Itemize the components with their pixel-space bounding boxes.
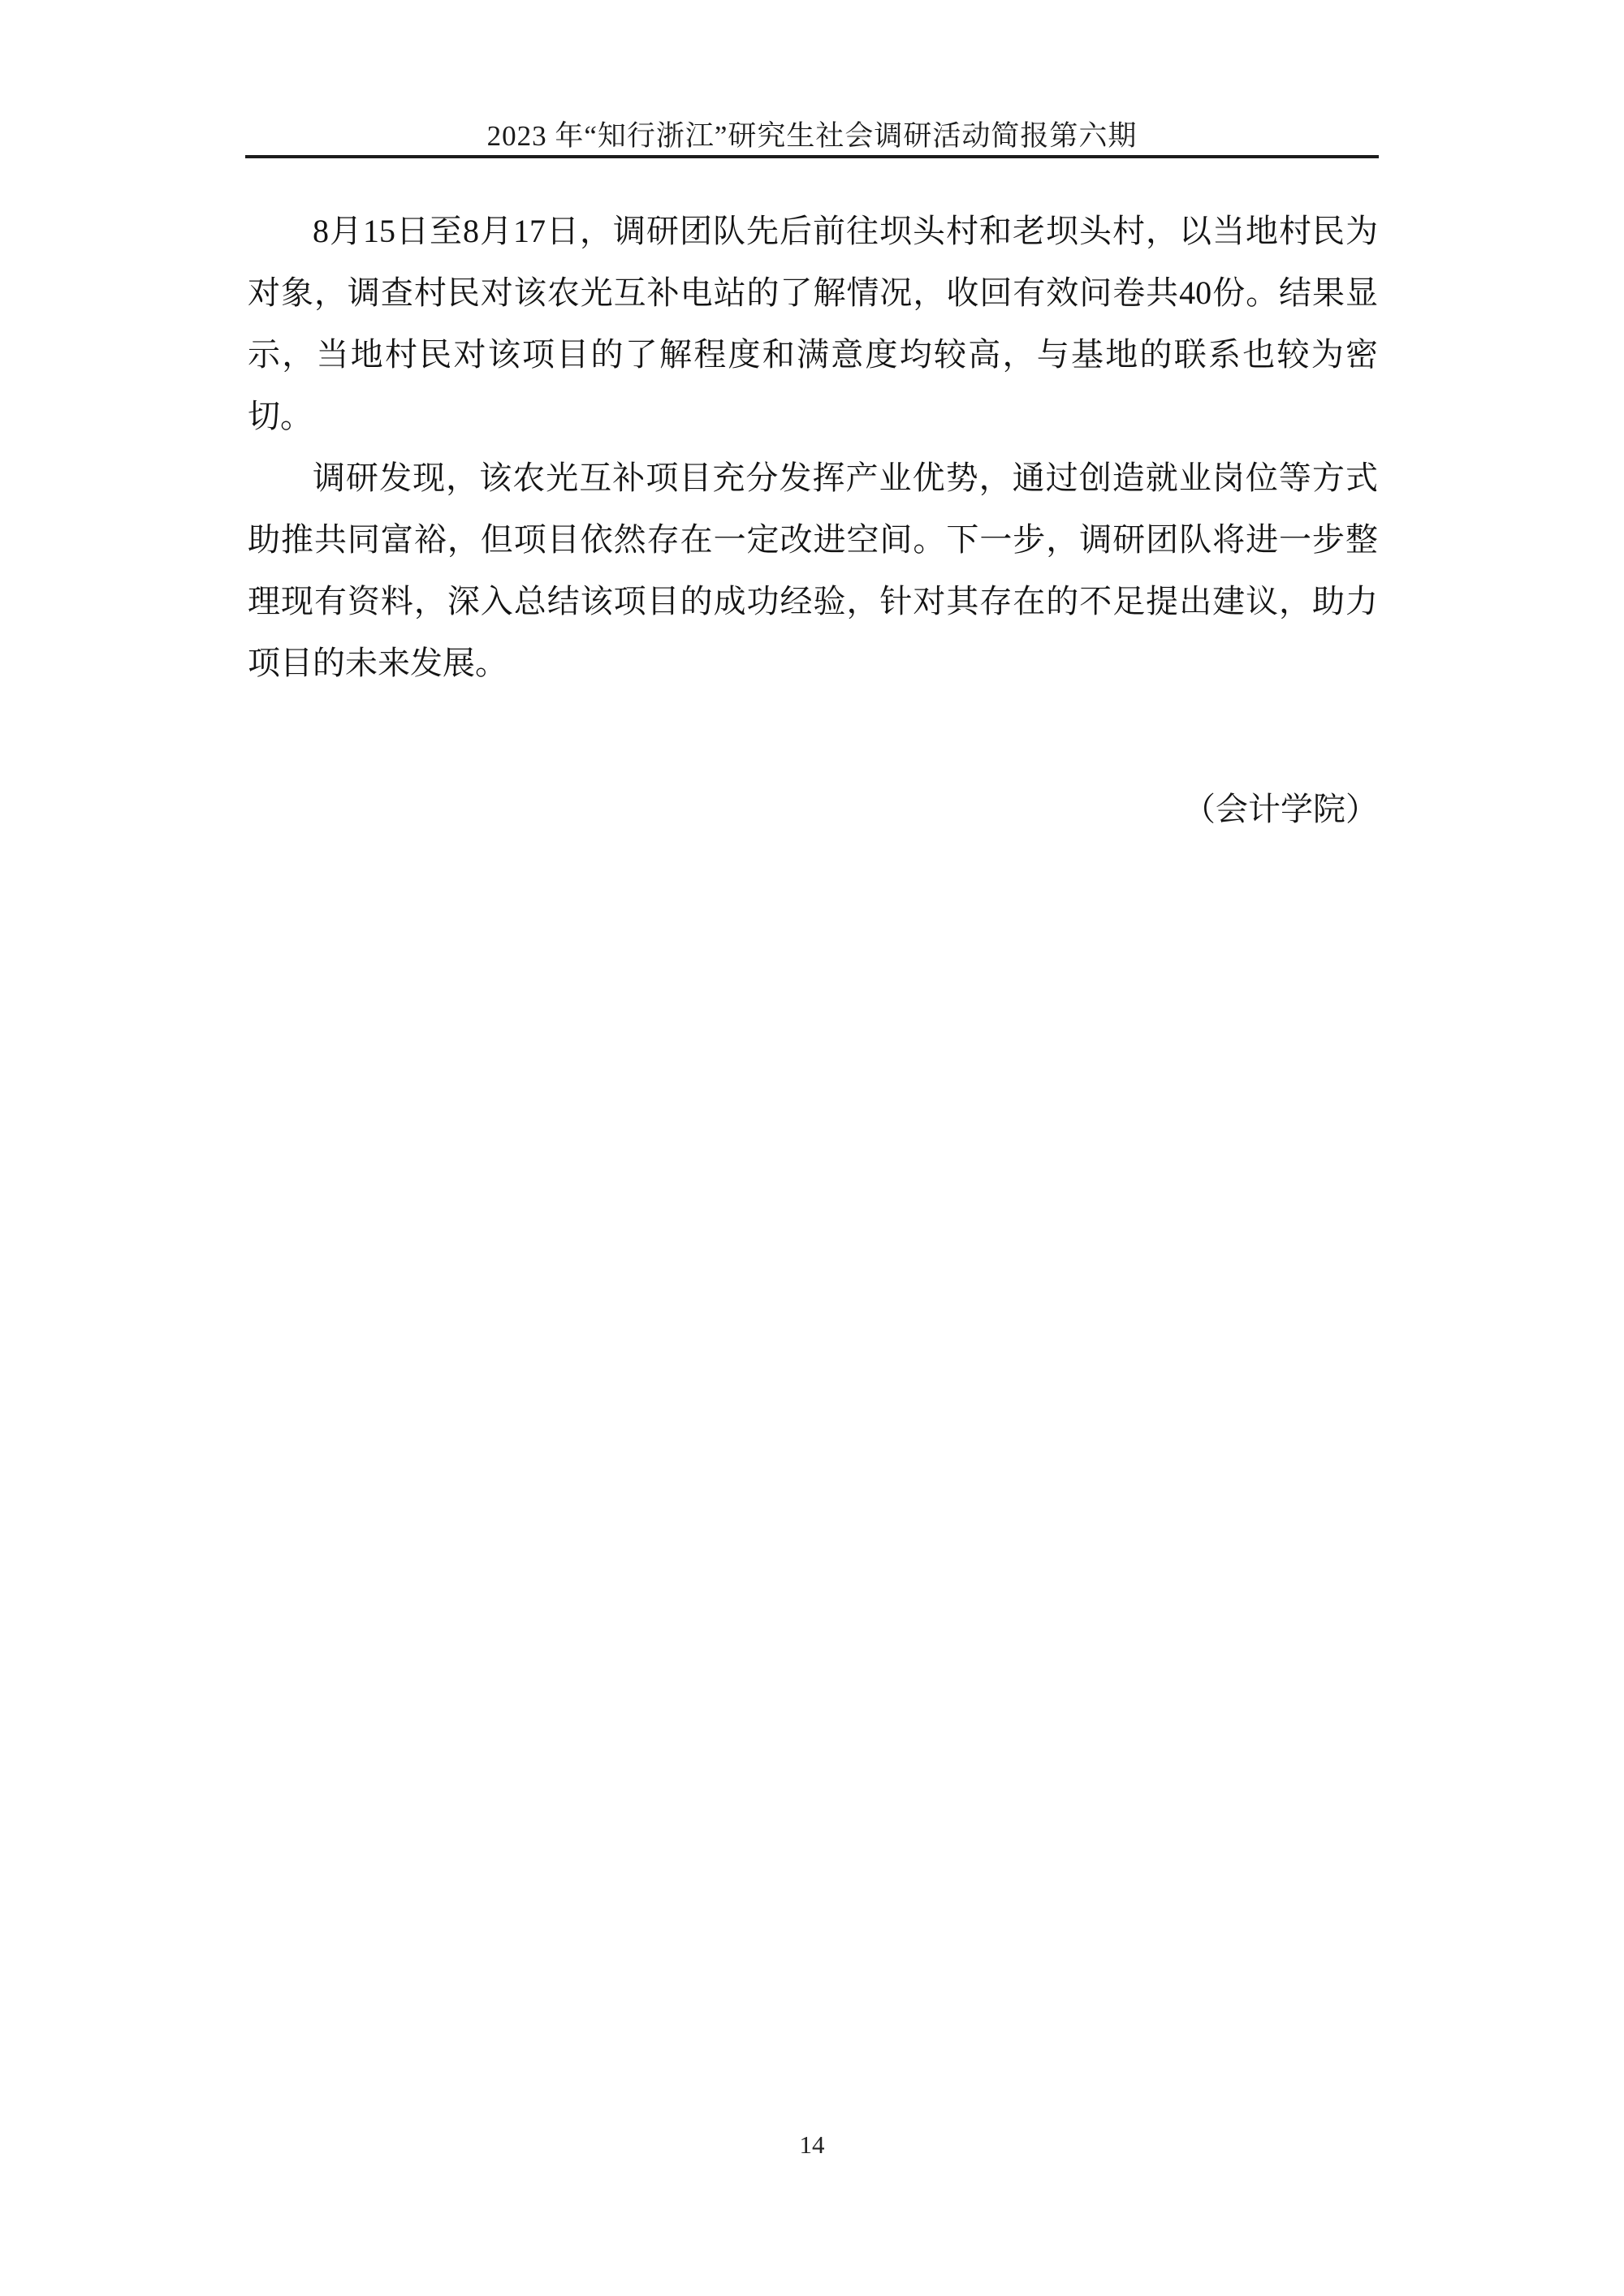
signature: （会计学院） <box>248 779 1378 840</box>
body-text: 8月15日至8月17日，调研团队先后前往坝头村和老坝头村，以当地村民为对象，调查… <box>248 201 1378 840</box>
page-number: 14 <box>0 2129 1624 2161</box>
paragraph: 8月15日至8月17日，调研团队先后前往坝头村和老坝头村，以当地村民为对象，调查… <box>248 201 1378 447</box>
paragraph: 调研发现，该农光互补项目充分发挥产业优势，通过创造就业岗位等方式助推共同富裕，但… <box>248 447 1378 694</box>
header-rule <box>245 155 1379 158</box>
document-page: 2023 年“知行浙江”研究生社会调研活动简报第六期 8月15日至8月17日，调… <box>0 0 1624 2296</box>
page-header: 2023 年“知行浙江”研究生社会调研活动简报第六期 <box>0 119 1624 154</box>
header-title: 2023 年“知行浙江”研究生社会调研活动简报第六期 <box>487 120 1138 152</box>
